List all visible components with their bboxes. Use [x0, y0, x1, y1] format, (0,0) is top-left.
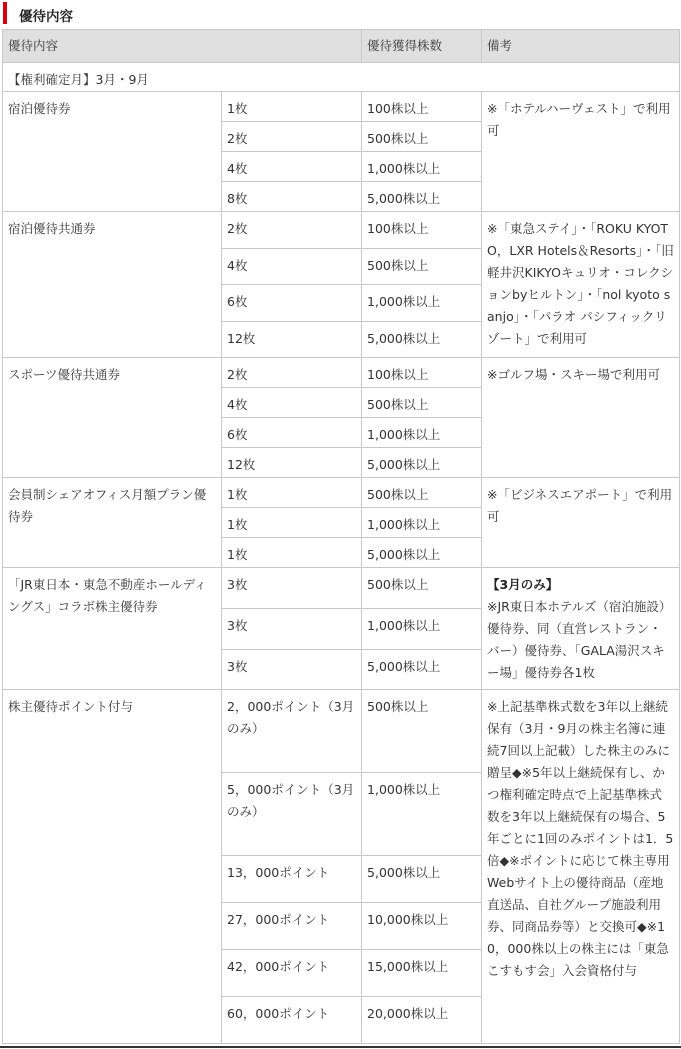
benefits-table: 優待内容 優待獲得株数 備考 【権利確定月】3月・9月 宿泊優待券 1枚 100… [2, 29, 680, 1044]
benefit-name: スポーツ優待共通券 [3, 358, 222, 478]
shares-cell: 500株以上 [362, 388, 482, 418]
header-remarks: 備考 [482, 30, 680, 63]
shares-cell: 15,000株以上 [362, 950, 482, 997]
table-row: 宿泊優待共通券 2枚 100株以上 ※「東急ステイ」・「ROKU KYOTO，L… [3, 212, 680, 249]
benefit-name: 宿泊優待共通券 [3, 212, 222, 358]
record-month-row: 【権利確定月】3月・9月 [3, 63, 680, 92]
qty-cell: 4枚 [222, 152, 362, 182]
table-row: 株主優待ポイント付与 2，000ポイント（3月のみ） 500株以上 ※上記基準株… [3, 690, 680, 773]
shares-cell: 5,000株以上 [362, 182, 482, 212]
shares-cell: 5,000株以上 [362, 322, 482, 358]
remark-cell: 【3月のみ】 ※JR東日本ホテルズ（宿泊施設）優待券、同（直営レストラン・バー）… [482, 568, 680, 690]
section-title: 優待内容 [19, 5, 73, 25]
header-row: 優待内容 優待獲得株数 備考 [3, 30, 680, 63]
qty-cell: 6枚 [222, 418, 362, 448]
shares-cell: 500株以上 [362, 122, 482, 152]
shares-cell: 1,000株以上 [362, 609, 482, 650]
benefit-name: 宿泊優待券 [3, 92, 222, 212]
qty-cell: 4枚 [222, 249, 362, 285]
qty-cell: 2枚 [222, 358, 362, 388]
qty-cell: 60，000ポイント [222, 997, 362, 1044]
shares-cell: 1,000株以上 [362, 285, 482, 322]
qty-cell: 12枚 [222, 322, 362, 358]
qty-cell: 2，000ポイント（3月のみ） [222, 690, 362, 773]
remark-cell: ※ゴルフ場・スキー場で利用可 [482, 358, 680, 478]
shares-cell: 5,000株以上 [362, 538, 482, 568]
shares-cell: 500株以上 [362, 478, 482, 508]
shares-cell: 500株以上 [362, 249, 482, 285]
shares-cell: 100株以上 [362, 212, 482, 249]
qty-cell: 3枚 [222, 568, 362, 609]
table-row: 「JR東日本・東急不動産ホールディングス」コラボ株主優待券 3枚 500株以上 … [3, 568, 680, 609]
bottom-divider [0, 1046, 681, 1048]
shares-cell: 1,000株以上 [362, 508, 482, 538]
qty-cell: 5，000ポイント（3月のみ） [222, 773, 362, 856]
remark-cell: ※「ビジネスエアポート」で利用可 [482, 478, 680, 568]
shares-cell: 5,000株以上 [362, 856, 482, 903]
qty-cell: 2枚 [222, 212, 362, 249]
shares-cell: 20,000株以上 [362, 997, 482, 1044]
qty-cell: 4枚 [222, 388, 362, 418]
shares-cell: 5,000株以上 [362, 448, 482, 478]
shares-cell: 1,000株以上 [362, 773, 482, 856]
qty-cell: 42，000ポイント [222, 950, 362, 997]
table-row: 会員制シェアオフィス月額プラン優待券 1枚 500株以上 ※「ビジネスエアポート… [3, 478, 680, 508]
table-row: 宿泊優待券 1枚 100株以上 ※「ホテルハーヴェスト」で利用可 [3, 92, 680, 122]
qty-cell: 6枚 [222, 285, 362, 322]
record-month: 【権利確定月】3月・9月 [3, 63, 680, 92]
shares-cell: 500株以上 [362, 568, 482, 609]
qty-cell: 2枚 [222, 122, 362, 152]
shares-cell: 100株以上 [362, 358, 482, 388]
benefit-name: 会員制シェアオフィス月額プラン優待券 [3, 478, 222, 568]
qty-cell: 1枚 [222, 508, 362, 538]
remark-cell: ※「東急ステイ」・「ROKU KYOTO，LXR Hotels＆Resorts」… [482, 212, 680, 358]
shares-cell: 10,000株以上 [362, 903, 482, 950]
qty-cell: 27，000ポイント [222, 903, 362, 950]
header-content: 優待内容 [3, 30, 362, 63]
qty-cell: 12枚 [222, 448, 362, 478]
qty-cell: 1枚 [222, 478, 362, 508]
remark-cell: ※上記基準株式数を3年以上継続保有（3月・9月の株主名簿に連続7回以上記載）した… [482, 690, 680, 1044]
benefit-name: 「JR東日本・東急不動産ホールディングス」コラボ株主優待券 [3, 568, 222, 690]
accent-bar [3, 2, 7, 24]
remark-cell: ※「ホテルハーヴェスト」で利用可 [482, 92, 680, 212]
shares-cell: 100株以上 [362, 92, 482, 122]
shares-cell: 1,000株以上 [362, 418, 482, 448]
shares-cell: 500株以上 [362, 690, 482, 773]
benefit-name: 株主優待ポイント付与 [3, 690, 222, 1044]
header-shares: 優待獲得株数 [362, 30, 482, 63]
shares-cell: 1,000株以上 [362, 152, 482, 182]
qty-cell: 1枚 [222, 538, 362, 568]
remark-heading: 【3月のみ】 [487, 574, 674, 596]
section-heading: 優待内容 [0, 0, 681, 29]
qty-cell: 3枚 [222, 609, 362, 650]
shares-cell: 5,000株以上 [362, 650, 482, 690]
qty-cell: 8枚 [222, 182, 362, 212]
qty-cell: 1枚 [222, 92, 362, 122]
table-row: スポーツ優待共通券 2枚 100株以上 ※ゴルフ場・スキー場で利用可 [3, 358, 680, 388]
qty-cell: 13，000ポイント [222, 856, 362, 903]
remark-text: ※JR東日本ホテルズ（宿泊施設）優待券、同（直営レストラン・バー）優待券、「GA… [487, 596, 674, 684]
qty-cell: 3枚 [222, 650, 362, 690]
